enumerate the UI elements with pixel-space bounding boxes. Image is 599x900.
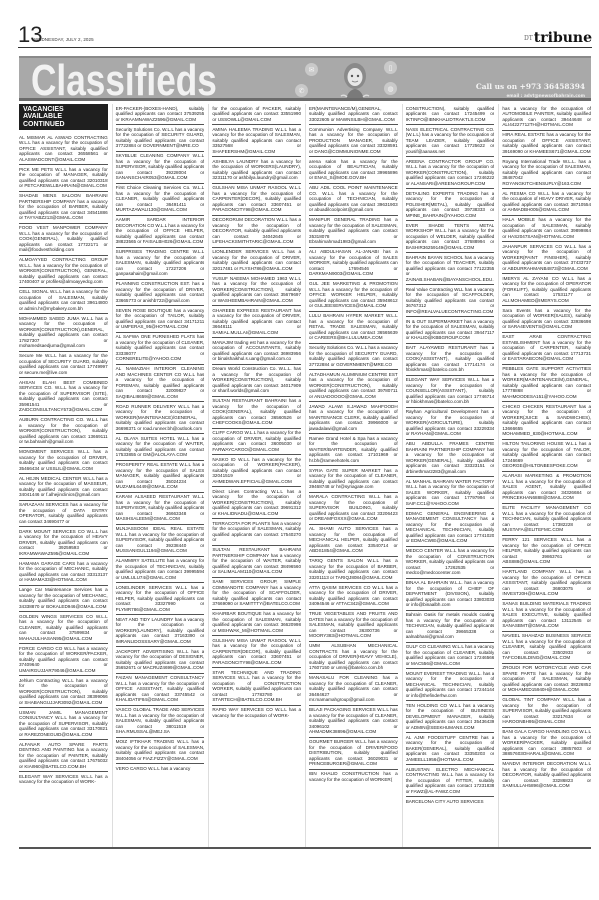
classified-ad: AAMIR SARDAR INTERIOR DECORATION CO W.L.… — [116, 216, 205, 248]
page-number: 13 — [18, 24, 42, 46]
classified-ad: ER(MAINTENANCE/M),GENERAL, suitably qual… — [309, 104, 398, 125]
classified-ad: CHICKO CHICKEN RESTAURANT has a vacancy … — [502, 402, 591, 440]
classified-ad: Communion Advertising Company W.L.L has … — [309, 125, 398, 157]
classified-ad: BINAA AL BAHRAIN W.L.L. has a vacancy fo… — [406, 579, 495, 611]
classified-ad: ALAMMIRY SATELLITE has a vacancy for the… — [116, 557, 205, 584]
classified-ad: ALTADHAMUN ALUMINIUM CENTRE EST has a va… — [309, 370, 398, 402]
classified-ad: MEDCO CENTER W.L.L has a vacancy for the… — [406, 547, 495, 579]
classified-ad: JAWAD ALAWI S.JAWAD MAHFOODH has a vacan… — [309, 402, 398, 434]
classified-ad: USMAN JAMIL MANAGEMENT CONSULTANCY W.L.L… — [19, 708, 108, 740]
classified-ad: TRUE VEGETABLES AND FRUITS AND DATES has… — [309, 610, 398, 642]
classified-ad: CLIFF CARGO W.L.L has a vacancy for the … — [212, 429, 301, 456]
classified-ad: HIRA REAL ESTATE has a vacancy for the o… — [502, 131, 591, 158]
classified-ad: First Choice Cleaning Services Co. W.L.L… — [116, 184, 205, 216]
classified-ad: TARIQ GENTS SALON W.L.L has a vacancy fo… — [309, 557, 398, 584]
column-4: ER(MAINTENANCE/M),GENERAL, suitably qual… — [305, 104, 398, 847]
classified-ad: MOHAMMED SAEED JUMA W.L.L has a vacancy … — [19, 314, 108, 352]
classified-ad: PROSPERITY REAL ESTATE W.L.L has a vacan… — [116, 461, 205, 493]
mail-icon: ✉ — [305, 63, 318, 76]
banner-title: Classifieds — [31, 58, 217, 101]
classified-ad: SKYBLUE CLEANING COMPANY W.L.L has a vac… — [116, 152, 205, 184]
classified-ad: IBN KHALID CONSTRUCTION has a vacancy fo… — [309, 770, 398, 785]
classified-ad: VASCO GLOBAL TRADE AND SERVICES W.L.L ha… — [116, 706, 205, 738]
classified-ad: SANAS BUILDING MATERIALS TRADING W.L.L h… — [502, 600, 591, 632]
classified-ad: ATTA QASIM SERVICES CO W.L.L has a vacan… — [309, 583, 398, 610]
classified-ad: AL MISMAR AL ASWAD CONTRACTING W.L.L has… — [19, 133, 108, 165]
classified-ad: FOOD VEST MANPOWER COMPANY W.L.L has a v… — [19, 224, 108, 256]
call-us-text: Call us on +973 36458394 — [476, 82, 585, 91]
classified-ad: GOLDEN WINGS SERVICES CO W.L.L has a vac… — [19, 612, 108, 644]
classified-ad: AL NAMAZIAH INTERIOR CLEANING AND MACHIN… — [116, 365, 205, 403]
classified-ad: ROAD RUNNER DELIVERY W.L.L has a vacancy… — [116, 402, 205, 434]
classified-ad: ALFANAR AUTO SPARE PARTS DENTING AND PAI… — [19, 740, 108, 772]
classified-ad: PICK ME PETS W.L.L has a vacancy for the… — [19, 165, 108, 192]
classified-ad: AREENA CONTRACTOR GROUP CO. W.L.L has a … — [406, 157, 495, 189]
classified-ad: AL OLAYA SUITES HOTEL W.L.L has a vacanc… — [116, 434, 205, 461]
classified-ad: BAIT ALAYAWED RESTURANT has a vacancy fo… — [406, 344, 495, 376]
classified-ad: PEBBLES GATE SUPPORT ACTIVITIES has a va… — [502, 365, 591, 403]
classified-ad: TEN HOLDING CO W.L.L has a vacancy for t… — [406, 701, 495, 733]
logo-prefix: DT — [524, 35, 533, 42]
classified-ad: AL SHAMI AUTO SERVICES has a vacancy for… — [309, 525, 398, 557]
classified-ad: FORCE CARGO CO W.L.L has a vacancy for t… — [19, 644, 108, 676]
classified-ad: MONOMENT SERVICES W.L.L has a vacancy fo… — [19, 448, 108, 475]
classified-ad: AUBURN CONTRACTING CO. W.L.L has a vacan… — [19, 416, 108, 448]
phone-icon: ✆ — [295, 84, 308, 97]
classified-ad: GUL JEE MARKETING & PROMOTION W.L.L has … — [309, 280, 398, 312]
classified-ad: Security Solutions Co. W.L.L has a vacan… — [116, 125, 205, 152]
classified-ad: GULF CO CLEANING W.L.L has a vacancy for… — [406, 643, 495, 670]
classified-ad: EVER SHADE TENTS METAL WORKSHOP W.L.L ha… — [406, 221, 495, 253]
classified-ad: NEAT AND TIDY LAUNDRY has a vacancy for … — [116, 615, 205, 647]
classified-ad: MANDVI INTERIOR DECORATION W.L.L has a v… — [502, 760, 591, 791]
classified-ad: AL RESMA CO W.L.L has a vacancy for the … — [502, 189, 591, 216]
logo-text: tribune — [534, 30, 592, 46]
classified-ad: VERO CARGO W.L.L has a vacancy — [116, 764, 205, 773]
classified-ad: ABU ADIL COOL POINT MAINTENANCE CO. W.L.… — [309, 184, 398, 216]
classified-ad: BARCELONA CITY AUTO SERVICES — [406, 797, 495, 806]
classified-ad: MOIZ IFTIKHAR TRADING W.L.L has a vacanc… — [116, 738, 205, 765]
classified-ad: Bahrain Oasis for metals moulds coating … — [406, 611, 495, 643]
classified-ad: Rayhan Agricultural Development has a va… — [406, 408, 495, 440]
classified-ad: Royang International Trade W.L.L. has a … — [502, 157, 591, 189]
classified-ad: ER-PACKER-(BOXES-HAND), suitably qualifi… — [116, 104, 205, 125]
classified-ad: HARTLAND COMPANY W.L.L has a vacancy for… — [502, 568, 591, 600]
classified-ad: EDMAC GENERAL ENGINEERING & MANAGEMENT C… — [406, 509, 495, 547]
classified-ad: STAR TECHNIQUE AND TRADING SERVICES W.L.… — [212, 668, 301, 706]
classified-ad: ALI ABDULHASAN AL-JANABI has a vacancy f… — [309, 248, 398, 280]
support-agent-illustration — [339, 62, 371, 101]
classified-ad: UMM ALSUBHAN MECHANICAL CONTRACTS has a … — [309, 642, 398, 674]
page-header: 13 WEDNESDAY, JULY 2, 2025 DTtribune — [18, 26, 592, 48]
publication-date: WEDNESDAY, JULY 2, 2025 — [34, 37, 94, 42]
classified-ad: TERRACOTA FOR PLANTS has a vacancy for t… — [212, 519, 301, 546]
column-5: CONSTRUCTION), suitably qualified applic… — [402, 104, 495, 847]
classified-ad: Lange Car Maintenance Services has a vac… — [19, 586, 108, 613]
classified-ad: CONSTRUCTION), suitably qualified applic… — [406, 104, 495, 125]
classified-ad: MLNJASSOOM IDEAL REAL ESTATE W.L.L has a… — [116, 525, 205, 557]
classified-ad: FAIZAN MANAGEMENT CONSULTANCY W.L.L has … — [116, 674, 205, 706]
classified-ad: NASKO ID W.L.L has a vacancy for the occ… — [212, 455, 301, 487]
classified-ad: GLOBAL TINT COMPANY W.L.L has a vacancy … — [502, 696, 591, 728]
classified-ad: MARALA CONTRACTING W.L.L has a vacancy f… — [309, 493, 398, 525]
classified-ad: Security Solutions Co. W.L.L has a vacan… — [309, 344, 398, 371]
classified-ad: has a vacancy for the occupation of AUTO… — [502, 104, 591, 131]
newspaper-logo: DTtribune — [524, 30, 592, 46]
classified-ad: ELITE FACILITY MANAGEMENT CO W.L.L has a… — [502, 504, 591, 536]
classified-ad: PLANNING CONSTRUCTION EST. has a vacancy… — [116, 280, 205, 307]
classified-ad: GOURMET BURGER W.L.L has a vacancy for t… — [309, 738, 398, 770]
mobile-icon: ▯ — [384, 61, 397, 74]
classified-ad: HAMAMA GARAGE CARS has a vacancy for the… — [19, 559, 108, 586]
classified-ad: DARK MOUNT SERVICES CO W.L.L has a vacan… — [19, 527, 108, 559]
column-1: VACANCIES AVAILABLE CONTINUED AL MISMAR … — [19, 104, 108, 847]
classified-ad: GULSHAN MISA UNMAT RASOOL W.L.L has a va… — [212, 636, 301, 668]
classified-ad: AL AJMI FOODSTUFF CENTRE has a vacancy f… — [406, 733, 495, 765]
classified-ad: BILAJI PACKAGING SERVICES W.L.L has a va… — [309, 706, 398, 738]
classified-ad: MANIPUR GENERAL TRADING has a vacancy fo… — [309, 216, 398, 248]
classified-ad: MANASALU FOR CLEANING has a vacancy for … — [309, 674, 398, 706]
classified-ad: for the occupation of PACKER, suitably q… — [212, 104, 301, 125]
classified-ad: HILTON TAILORING HOUSE W.L.L has a vacan… — [502, 440, 591, 472]
classified-ad: NASS ELECTRICAL CONTRACTING CO. (W.L.L) … — [406, 125, 495, 157]
classified-ad: LULU BAHRAIN HYPER MARKET W.L.L has a va… — [309, 312, 398, 344]
classified-ad: SEVEN ROSE BOUTIQUE has a vacancy for th… — [116, 306, 205, 333]
classified-ad: KARAM ALSAEED RESTAURANT W.L.L has a vac… — [116, 493, 205, 525]
column-3: for the occupation of PACKER, suitably q… — [208, 104, 301, 847]
classified-ad: SARAZAAN SERVICES has a vacancy for the … — [19, 501, 108, 528]
column-6: has a vacancy for the occupation of AUTO… — [498, 104, 591, 847]
classified-ad: NAVEEL SHAHZAD BUSINESS SERVICE W.L.L ha… — [502, 632, 591, 664]
classified-ad: ALARASI MARKETING & PROMOTION W.L.L has … — [502, 472, 591, 504]
classified-ad: Sara Events has a vacancy for the occupa… — [502, 306, 591, 333]
classified-ad: SAMI SERVICES GROUP, SIMPLE COMMANDITE C… — [212, 578, 301, 610]
classified-ad: JAHANPUR SERVICES CO W.L.L has a vacancy… — [502, 242, 591, 274]
classified-ad: DETAILING EXPERTS TRADING has a vacancy … — [406, 189, 495, 221]
classified-ad: CELL SIGNAL W.L.L has a vacancy for the … — [19, 288, 108, 315]
section-heading: VACANCIES AVAILABLE CONTINUED — [19, 104, 108, 130]
classified-ad: EAST ARAB CONTRACTING ESTABLISHMENT has … — [502, 333, 591, 365]
classified-ad: ELEGANT WAY SERVICES W.L.L has a vacancy… — [19, 772, 108, 787]
classified-ad: LIONLENDER SERVICES W.L.L has a vacancy … — [212, 248, 301, 275]
classified-ad: GHAREEB EXPRESS RESTAURANT has a vacancy… — [212, 306, 301, 338]
classified-ad: IN & OUT SUPERMARKET has a vacancy for t… — [406, 317, 495, 344]
classified-ad: ALBUSTAN ELECTRO MECHANICAL CONTRACTING … — [406, 765, 495, 797]
classified-ad: Secure Me W.L.L has a vacancy for the oc… — [19, 352, 108, 379]
classified-ad: AL HEJIN MEDICAL CENTER W.L.L has a vaca… — [19, 474, 108, 501]
classified-ad: SYRIA GATE SUPER MARKET has a vacancy fo… — [309, 466, 398, 493]
classified-ad: MOUNT EVEREST TRADING W.L.L. has a vacan… — [406, 669, 495, 701]
globe-icon: ◍ — [384, 82, 397, 95]
classified-ad: SULTAN RESTAURANT BAHRAINI has a vacancy… — [212, 397, 301, 429]
email-text: email : advt@newsofbahrain.com — [506, 93, 585, 98]
classified-ad: SHADAB MENS SALOON BAHRAINI PARTNERSHIP … — [19, 192, 108, 224]
classified-ad: ZROUDI FOR MOTORCYCLE AND CAR SPARE PART… — [502, 664, 591, 696]
classified-ad: arena salon has a vacancy for the occupa… — [309, 157, 398, 184]
classified-ad: ABU ABDULLA FRAMES CENTRE BAHRAINI PARTN… — [406, 440, 495, 478]
classified-ad: Real Value Contracting WLL has a vacancy… — [406, 285, 495, 317]
classified-ad: BAHRAIN BAYAN SCHOOL has a vacancy for t… — [406, 253, 495, 285]
classified-ad: FERRY 121 SERVICES W.L.L has a vacancy f… — [502, 536, 591, 568]
classified-columns: VACANCIES AVAILABLE CONTINUED AL MISMAR … — [19, 104, 591, 849]
classified-ad: Direct Lines Contracting W.L.L has a vac… — [212, 487, 301, 519]
classified-ad: AHSAN ELAHI BEST COMBINED SERVICES CO. W… — [19, 378, 108, 416]
classified-ad: AL SAFWA ONE FURNISHED FLATS has a vacan… — [116, 333, 205, 365]
classified-ad: YUSUF NAEEMA MOHAMED 1963 W.L.L has a va… — [212, 274, 301, 306]
classified-ad: DECORORUM DECORATION W.L.L has a vacancy… — [212, 216, 301, 248]
classified-ad: BANI GALA CARGO HANDLING CO W.L.L has a … — [502, 728, 591, 760]
classified-ad: SULTAN RESTAURANT BAHRAINI PARTNERSHIP C… — [212, 546, 301, 578]
classified-ad: ASHBILYA LAUNDRY has a vacancy for the o… — [212, 157, 301, 184]
classified-ad: AL MANHAL BAHRAIN WATER FACTORY W.L.L ha… — [406, 477, 495, 509]
classified-ad: ALMOAYYED CONTRACTING GROUP W.L.L. has a… — [19, 256, 108, 288]
classified-ad: Ramee Grand Hotel & Spa has a vacancy fo… — [309, 434, 398, 466]
classified-ad: AMINA HALEEMA TRADING W.L.L has a vacanc… — [212, 125, 301, 157]
classified-ad: KHAIRBAR BOUTIQUE has a vacancy for the … — [212, 610, 301, 637]
classified-ad: LONELINDER SERVICES W.L.L has a vacancy … — [116, 583, 205, 615]
classified-ad: GULSHAN MISA UNMAT RASOOL W.L.L has a va… — [212, 184, 301, 216]
classifieds-banner: Classifieds ✉ ✆ ▯ ◍ Call us on +973 3645… — [19, 56, 591, 101]
classified-ad: SURPRISES TRADING CENTRE W.L.L has a vac… — [116, 248, 205, 280]
classified-ad: HALA MOBILE has a vacancy for the occupa… — [502, 216, 591, 243]
classified-ad: Dream World Construction Co. W.L.L. has … — [212, 365, 301, 397]
classified-ad: RAPID WAY SERVICES CO W.L.L has a vacanc… — [212, 706, 301, 721]
classified-ad: ELEGANT WAY SERVICES W.L.L has a vacancy… — [406, 376, 495, 408]
classified-ad: JACKPORT ADVERTISING W.L.L has a vacancy… — [116, 647, 205, 674]
column-2: ER-PACKER-(BOXES-HAND), suitably qualifi… — [112, 104, 205, 847]
classified-ad: IMERYS AL ZAYANI CO W.L.L has a vacancy … — [502, 274, 591, 306]
classified-ad: MANAJIM trading est has a vacancy for th… — [212, 338, 301, 365]
classified-ad: Jehlum Contracting W.L.L has a vacancy f… — [19, 676, 108, 708]
